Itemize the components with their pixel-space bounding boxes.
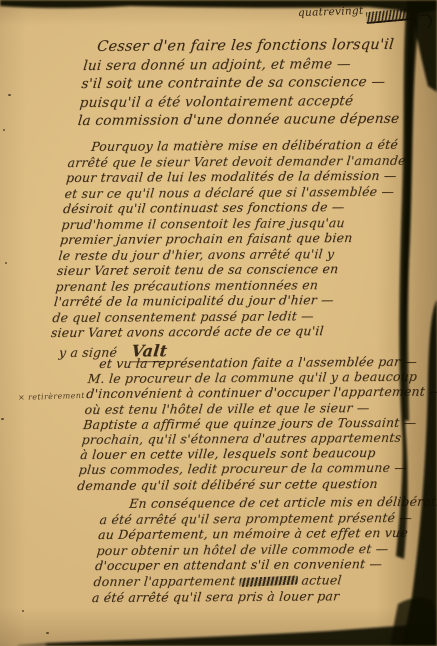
manuscript-line: et sur ce qu'il nous a déclaré que si l'… — [64, 183, 404, 201]
ink-speck — [1, 418, 4, 420]
flourish-curl-stroke — [419, 15, 431, 28]
scan-smudge-bottom-right — [390, 598, 437, 646]
manuscript-line: la commission d'une donnée aucune dépens… — [77, 110, 400, 131]
margin-note: × retirèrement — [18, 391, 85, 402]
scan-edge-bottom — [46, 623, 437, 646]
ink-speck — [5, 262, 7, 264]
ink-speck — [22, 610, 24, 612]
paragraph-2: Pourquoy la matière mise en délibération… — [48, 137, 408, 360]
manuscript-line: pour obtenir un hôtel de ville commode e… — [96, 540, 437, 558]
manuscript-line: prochain, qu'il s'étonnera d'autres appa… — [81, 430, 437, 448]
manuscript-line: s'il soit une contrainte de sa conscienc… — [81, 73, 404, 94]
manuscript-line: pour travail de lui les modalités de la … — [65, 168, 405, 186]
paragraph-3: et vu la représentation faite a l'assemb… — [77, 354, 437, 493]
struck-line-post: actuel — [301, 572, 343, 587]
manuscript-line: En conséquence de cet article mis en dél… — [100, 494, 437, 512]
ink-speck — [8, 94, 11, 96]
manuscript-line: Pourquoy la matière mise en délibération… — [68, 137, 408, 155]
paragraph-1: Cesser d'en faire les fonctions lorsqu'i… — [77, 36, 408, 131]
manuscript-line: puisqu'il a été volontairement accepté — [79, 92, 402, 113]
flourish-curl-icon — [417, 13, 437, 31]
folio-label: quatrevingt — [298, 5, 364, 19]
manuscript-line: d'inconvénient à continuer d'occuper l'a… — [86, 384, 437, 402]
manuscript-line: lui sera donné un adjoint, et même — — [82, 54, 405, 75]
ink-speck — [128, 87, 130, 89]
manuscript-line: Cesser d'en faire les fonctions lorsqu'i… — [84, 36, 407, 57]
ink-speck — [46, 632, 49, 634]
manuscript-line: plus commodes, ledit procureur de la com… — [78, 460, 435, 478]
manuscript-line: sieur Varet avons accordé acte de ce qu'… — [50, 323, 390, 341]
ink-speck — [3, 129, 5, 131]
paragraph-4: En conséquence de cet article mis en dél… — [91, 494, 437, 606]
strikeout-scribble — [239, 576, 298, 587]
struck-line-pre: donner l'appartement — [93, 573, 236, 589]
manuscript-line: premier janvier prochain en faisant que … — [59, 230, 399, 248]
manuscript-page: quatrevingt × retirèrement Cesser d'en f… — [0, 0, 437, 646]
manuscript-line: a été arrêté qu'il sera pris à louer par — [91, 587, 437, 605]
manuscript-line: demande qu'il soit délibéré sur cette qu… — [77, 475, 434, 493]
scribble-mark — [366, 8, 415, 24]
